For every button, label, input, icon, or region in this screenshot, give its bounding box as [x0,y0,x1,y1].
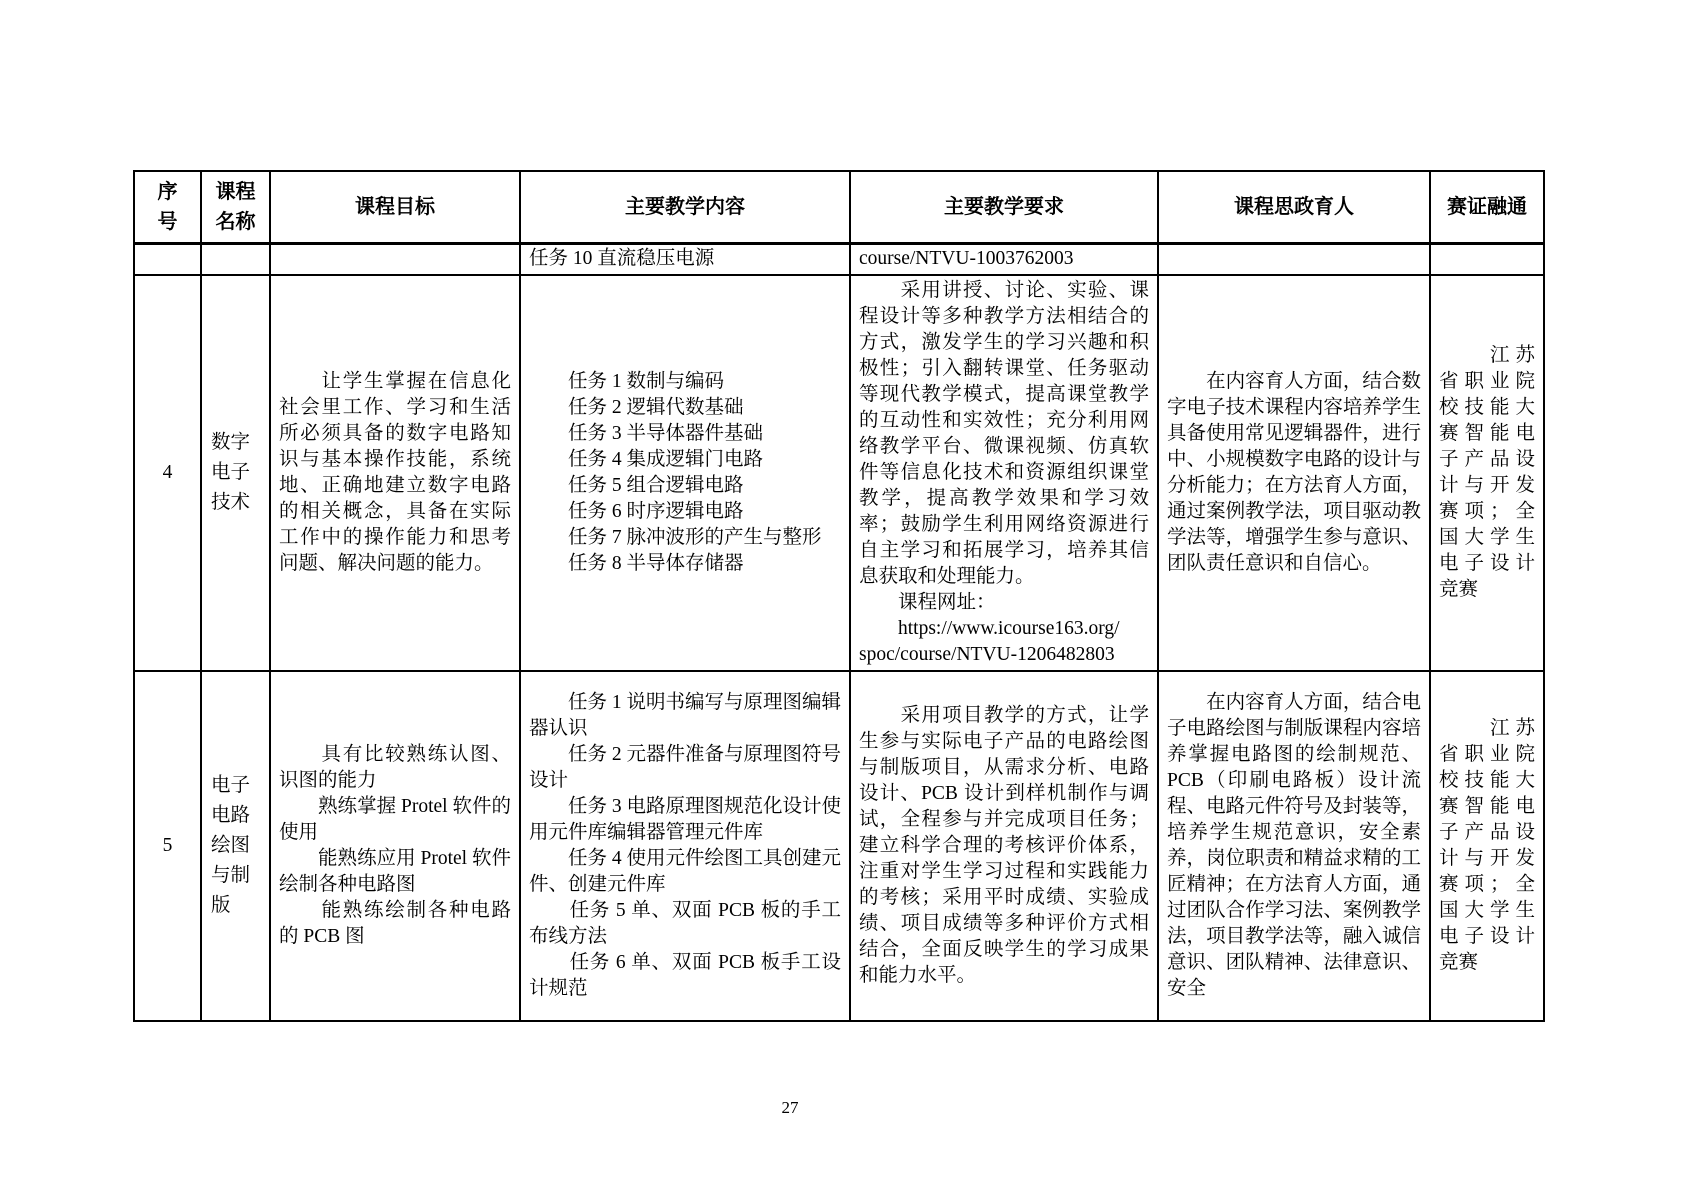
spill-empty-no [134,243,201,275]
course-table: 序 号 课程 名称 课程目标 主要教学内容 主要教学要求 课程思政育人 赛证融通… [133,170,1545,1022]
header-competition-certification: 赛证融通 [1430,171,1544,243]
cell-serial-number: 4 [134,275,201,671]
cell-teaching-content: 任务 1 数制与编码 任务 2 逻辑代数基础 任务 3 半导体器件基础 任务 4… [520,275,850,671]
course-row-4: 4 数字电子技术 让学生掌握在信息化社会里工作、学习和生活所必须具备的数字电路知… [134,275,1544,671]
spill-empty-ideology [1158,243,1430,275]
spill-empty-objectives [270,243,520,275]
cell-teaching-requirements: 采用讲授、讨论、实验、课程设计等多种教学方法相结合的方式，激发学生的学习兴趣和积… [850,275,1158,671]
header-course-objectives: 课程目标 [270,171,520,243]
header-course-name: 课程 名称 [201,171,270,243]
cell-course-objectives: 具有比较熟练认图、识图的能力 熟练掌握 Protel 软件的使用 能熟练应用 P… [270,671,520,1021]
course-row-5: 5 电子电路绘图与制版 具有比较熟练认图、识图的能力 熟练掌握 Protel 软… [134,671,1544,1021]
cell-course-name: 电子电路绘图与制版 [201,671,270,1021]
cell-course-name: 数字电子技术 [201,275,270,671]
table-header-row: 序 号 课程 名称 课程目标 主要教学内容 主要教学要求 课程思政育人 赛证融通 [134,171,1544,243]
header-teaching-requirements: 主要教学要求 [850,171,1158,243]
cell-ideology-education: 在内容育人方面，结合数字电子技术课程内容培养学生具备使用常见逻辑器件，进行中、小… [1158,275,1430,671]
spill-empty-name [201,243,270,275]
spill-teaching-content: 任务 10 直流稳压电源 [520,243,850,275]
spillover-row: 任务 10 直流稳压电源 course/NTVU-1003762003 [134,243,1544,275]
spill-empty-competition [1430,243,1544,275]
cell-teaching-content: 任务 1 说明书编写与原理图编辑器认识 任务 2 元器件准备与原理图符号设计 任… [520,671,850,1021]
header-ideology-education: 课程思政育人 [1158,171,1430,243]
cell-course-objectives: 让学生掌握在信息化社会里工作、学习和生活所必须具备的数字电路知识与基本操作技能，… [270,275,520,671]
cell-competition-certification: 江苏省职业院校技能大赛智能电子产品设计与开发赛项；全国大学生电子设计竞赛 [1430,275,1544,671]
document-page: 序 号 课程 名称 课程目标 主要教学内容 主要教学要求 课程思政育人 赛证融通… [0,0,1684,1191]
header-serial-number: 序 号 [134,171,201,243]
cell-teaching-requirements: 采用项目教学的方式，让学生参与实际电子产品的电路绘图与制版项目，从需求分析、电路… [850,671,1158,1021]
cell-serial-number: 5 [134,671,201,1021]
header-teaching-content: 主要教学内容 [520,171,850,243]
cell-ideology-education: 在内容育人方面，结合电子电路绘图与制版课程内容培养掌握电路图的绘制规范、PCB（… [1158,671,1430,1021]
cell-competition-certification: 江苏省职业院校技能大赛智能电子产品设计与开发赛项；全国大学生电子设计竞赛 [1430,671,1544,1021]
page-number: 27 [0,1098,1580,1118]
spill-teaching-requirements: course/NTVU-1003762003 [850,243,1158,275]
